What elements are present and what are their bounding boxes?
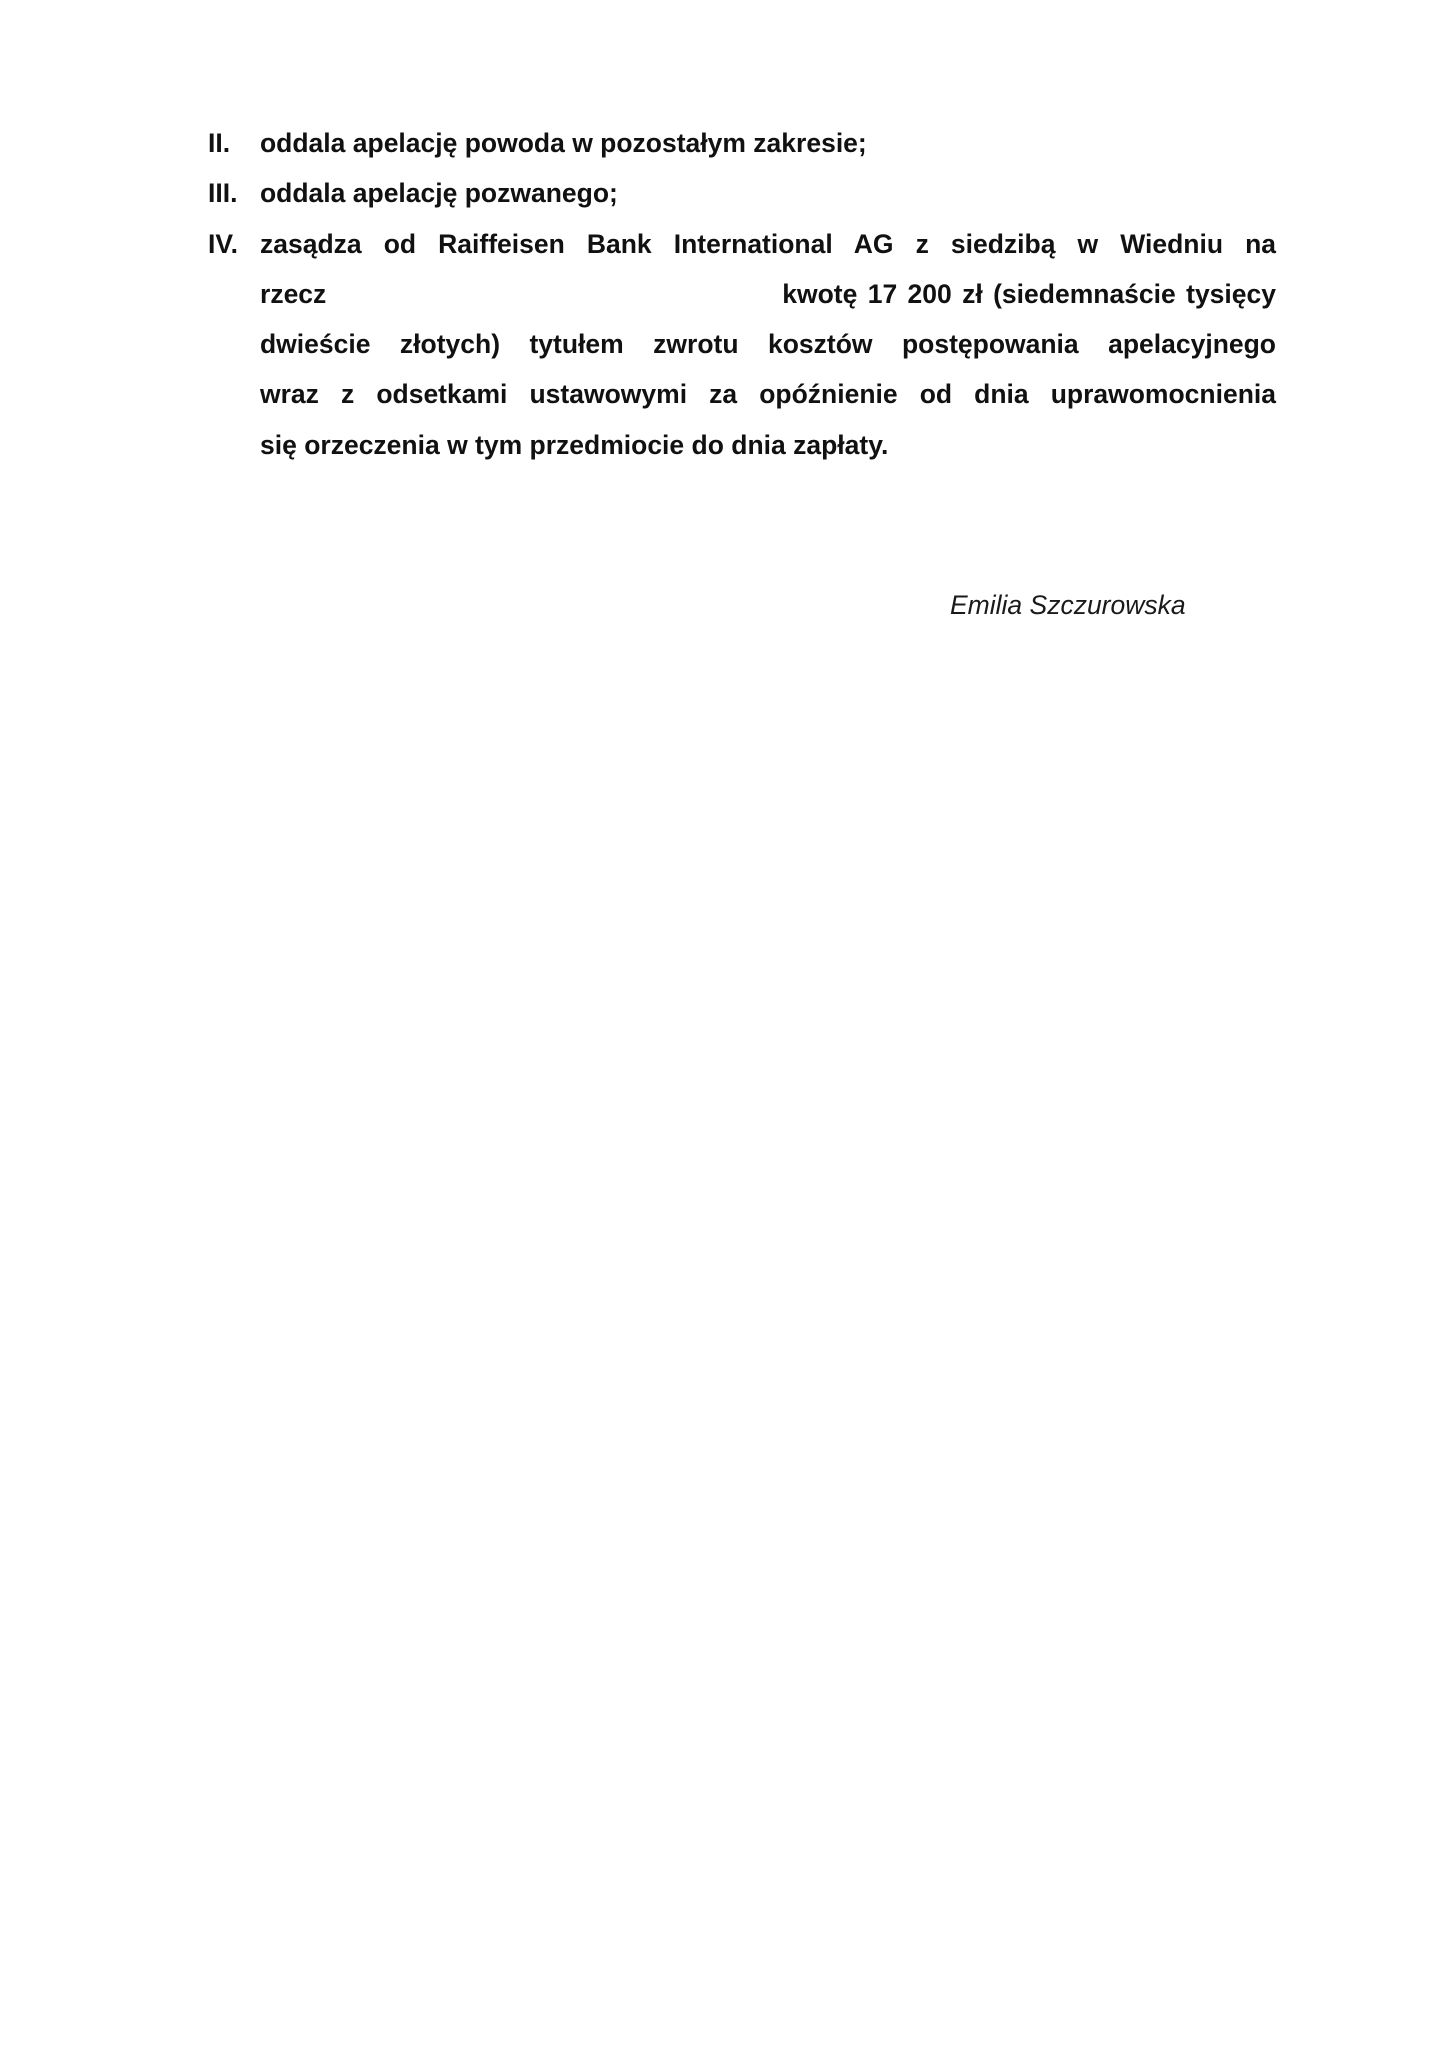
- signature: Emilia Szczurowska: [950, 590, 1186, 621]
- item-text-line: zasądza od Raiffeisen Bank International…: [260, 219, 1276, 269]
- ruling-list: II. oddala apelację powoda w pozostałym …: [208, 118, 1276, 470]
- ruling-item-iii: III. oddala apelację pozwanego;: [208, 168, 1276, 218]
- item-text: oddala apelację powoda w pozostałym zakr…: [260, 118, 1276, 168]
- ruling-item-ii: II. oddala apelację powoda w pozostałym …: [208, 118, 1276, 168]
- amount-text: kwotę 17 200 zł (siedemnaście tysięcy: [782, 269, 1276, 319]
- item-text-line: się orzeczenia w tym przedmiocie do dnia…: [260, 420, 1276, 470]
- item-text-line-redacted: rzecz kwotę 17 200 zł (siedemnaście tysi…: [260, 269, 1276, 319]
- item-text-line: dwieście złotych) tytułem zwrotu kosztów…: [260, 319, 1276, 369]
- item-numeral: IV.: [208, 219, 238, 269]
- item-numeral: II.: [208, 118, 230, 168]
- item-text-line: wraz z odsetkami ustawowymi za opóźnieni…: [260, 369, 1276, 419]
- recipient-prefix: rzecz: [260, 269, 326, 319]
- item-numeral: III.: [208, 168, 237, 218]
- item-text: oddala apelację pozwanego;: [260, 168, 1276, 218]
- ruling-item-iv: IV. zasądza od Raiffeisen Bank Internati…: [208, 219, 1276, 470]
- document-page: II. oddala apelację powoda w pozostałym …: [0, 0, 1448, 2048]
